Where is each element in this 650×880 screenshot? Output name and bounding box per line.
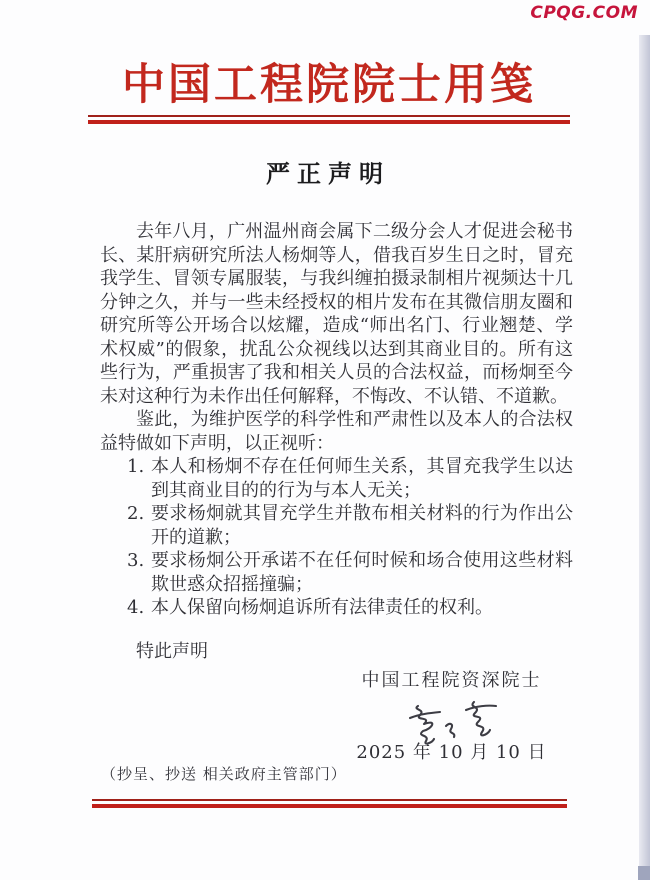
list-item: 3. 要求杨炯公开承诺不在任何时候和场合使用这些材料欺世惑众招摇撞骗； bbox=[100, 549, 573, 596]
list-item-number: 4. bbox=[127, 596, 151, 620]
letterhead-title: 中国工程院院士用笺 bbox=[88, 62, 570, 109]
scanned-letter-page: CPQG.COM 中国工程院院士用笺 严正声明 去年八月，广州温州商会属下二级分… bbox=[0, 0, 650, 880]
date-line: 2025 年 10 月 10 日 bbox=[349, 738, 554, 764]
list-item-text: 本人和杨炯不存在任何师生关系，其冒充我学生以达到其商业目的的行为与本人无关； bbox=[151, 455, 573, 502]
rule-thin-line bbox=[88, 115, 570, 117]
paragraph-1: 去年八月，广州温州商会属下二级分会人才促进会秘书长、某肝病研究所法人杨炯等人，借… bbox=[100, 220, 573, 408]
list-item-number: 1. bbox=[127, 455, 151, 502]
statement-heading: 严正声明 bbox=[0, 154, 650, 189]
rule-thick-line bbox=[88, 120, 570, 124]
letterhead-double-rule bbox=[88, 115, 570, 124]
statement-list: 1. 本人和杨炯不存在任何师生关系，其冒充我学生以达到其商业目的的行为与本人无关… bbox=[100, 455, 573, 620]
statement-body: 去年八月，广州温州商会属下二级分会人才促进会秘书长、某肝病研究所法人杨炯等人，借… bbox=[100, 220, 573, 663]
list-item-text: 本人保留向杨炯追诉所有法律责任的权利。 bbox=[151, 596, 573, 620]
list-item-number: 2. bbox=[127, 502, 151, 549]
list-item: 4. 本人保留向杨炯追诉所有法律责任的权利。 bbox=[100, 596, 573, 620]
signer-title: 中国工程院资深院士 bbox=[349, 666, 554, 692]
rule-thick-line bbox=[92, 804, 567, 808]
list-item: 2. 要求杨炯就其冒充学生并散布相关材料的行为作出公开的道歉； bbox=[100, 502, 573, 549]
rule-thin-line bbox=[92, 799, 567, 801]
signature-block: 中国工程院资深院士 2025 年 10 月 10 日 bbox=[349, 666, 554, 764]
cc-note: （抄呈、抄送 相关政府主管部门） bbox=[101, 763, 347, 784]
list-item: 1. 本人和杨炯不存在任何师生关系，其冒充我学生以达到其商业目的的行为与本人无关… bbox=[100, 455, 573, 502]
list-item-number: 3. bbox=[127, 549, 151, 596]
closing-line: 特此声明 bbox=[100, 640, 573, 664]
footer-double-rule bbox=[92, 799, 567, 808]
letterhead: 中国工程院院士用笺 bbox=[88, 62, 570, 124]
list-item-text: 要求杨炯就其冒充学生并散布相关材料的行为作出公开的道歉； bbox=[151, 502, 573, 549]
paragraph-2: 鉴此，为维护医学的科学性和严肃性以及本人的合法权益特做如下声明，以正视听： bbox=[100, 408, 573, 455]
watermark-text: CPQG.COM bbox=[530, 3, 638, 23]
list-item-text: 要求杨炯公开承诺不在任何时候和场合使用这些材料欺世惑众招摇撞骗； bbox=[151, 549, 573, 596]
scan-corner-shadow bbox=[638, 866, 650, 880]
